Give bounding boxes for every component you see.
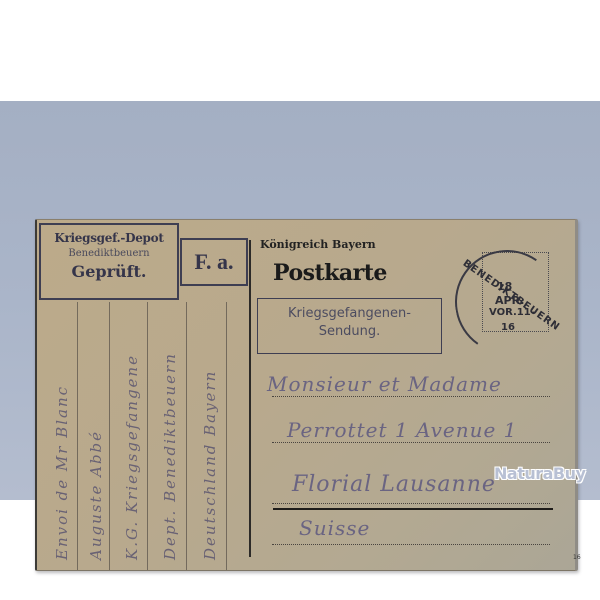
address-line-3: Florial Lausanne [292, 472, 496, 497]
address-rule [272, 396, 550, 397]
censor-stamp: Kriegsgef.-Depot Benediktbeuern Geprüft. [39, 223, 179, 300]
censor-stamp-line1: Kriegsgef.-Depot [41, 231, 177, 245]
postmark-year: 16 [501, 322, 515, 333]
postmark-day: 18 [497, 280, 512, 293]
print-number: 16 [573, 554, 581, 561]
postcard-title: Postkarte [273, 260, 387, 286]
postmark-time: VOR.11- [489, 307, 535, 318]
address-line-2: Perrottet 1 Avenue 1 [287, 418, 517, 442]
address-line-4: Suisse [299, 516, 370, 540]
sender-ruling-line [77, 302, 78, 570]
pow-stamp-line2: Sendung. [258, 324, 441, 339]
photo-background: Kriegsgef.-Depot Benediktbeuern Geprüft.… [0, 101, 600, 500]
postmark-month: APR. [495, 294, 524, 307]
sender-line-1: Envoi de Mr Blanc [53, 385, 71, 560]
address-rule [272, 442, 550, 443]
sender-ruling-line [186, 302, 187, 570]
address-rule [272, 503, 550, 504]
address-rule [272, 544, 550, 545]
censor-stamp-line3: Geprüft. [41, 262, 177, 281]
postcard: Kriegsgef.-Depot Benediktbeuern Geprüft.… [35, 219, 578, 571]
sender-line-5: Deutschland Bayern [201, 370, 219, 560]
franking-box: F. a. [180, 238, 248, 286]
censor-stamp-line2: Benediktbeuern [41, 248, 177, 259]
watermark-logo: NaturaBuy [494, 464, 585, 483]
card-divider [249, 240, 251, 557]
franking-text: F. a. [195, 249, 234, 274]
pow-stamp-line1: Kriegsgefangenen- [258, 306, 441, 321]
address-line-1: Monsieur et Madame [267, 372, 502, 396]
sender-line-2: Auguste Abbé [87, 430, 105, 560]
sender-ruling-line [147, 302, 148, 570]
sender-line-4: Dept. Benediktbeuern [161, 352, 179, 560]
sender-line-3: K.G. Kriegsgefangene [123, 354, 141, 560]
address-underline [273, 508, 553, 510]
kingdom-heading: Königreich Bayern [260, 238, 376, 251]
sender-ruling-line [109, 302, 110, 570]
sender-ruling-line [226, 302, 227, 570]
pow-mail-stamp: Kriegsgefangenen- Sendung. [257, 298, 442, 354]
